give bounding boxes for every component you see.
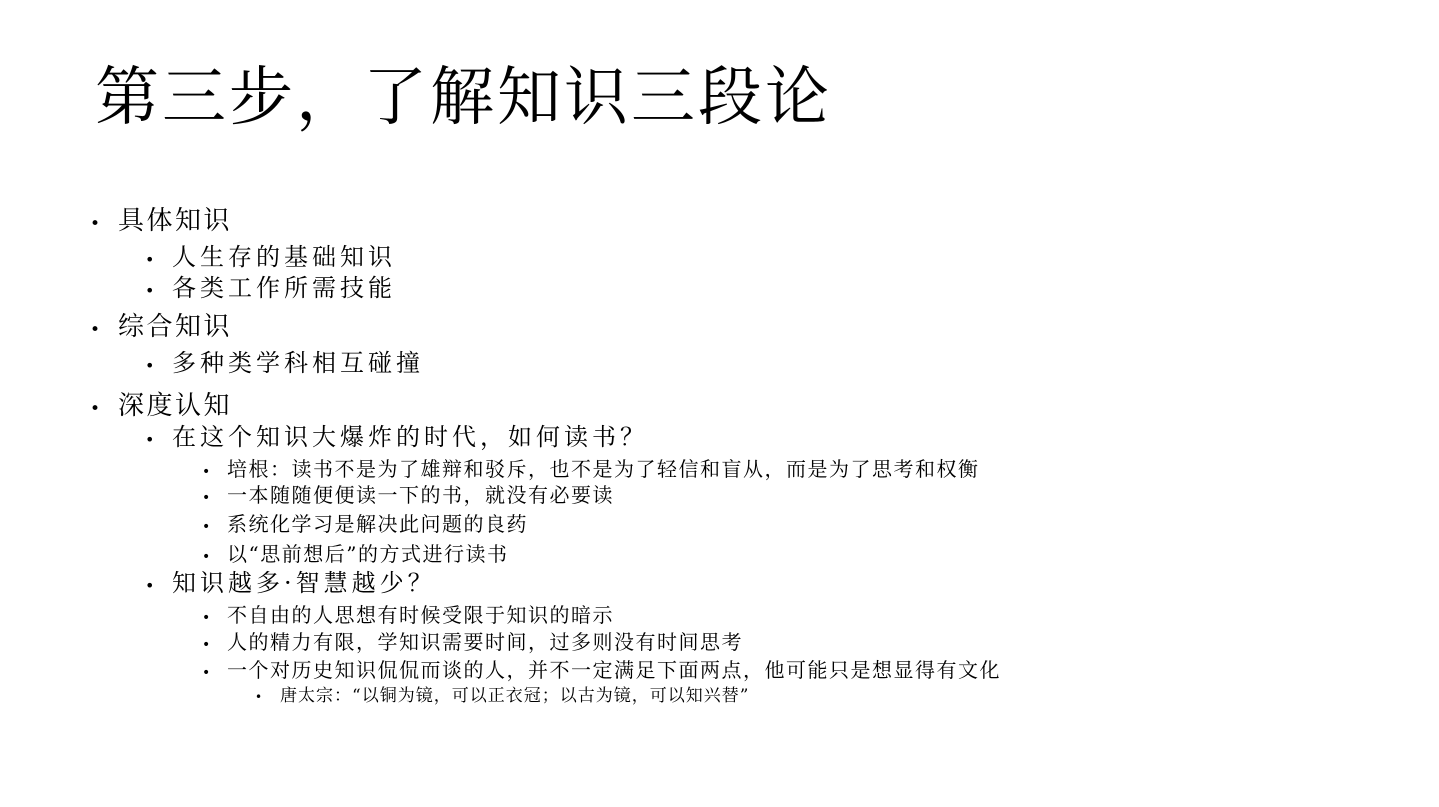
bullet-icon: • xyxy=(255,690,280,704)
list-item: • 在这个知识大爆炸的时代，如何读书？ xyxy=(145,423,648,452)
slide-title: 第三步，了解知识三段论 xyxy=(95,62,832,136)
bullet-icon: • xyxy=(90,320,118,340)
bullet-icon: • xyxy=(202,490,227,507)
list-item: • 人生存的基础知识 xyxy=(145,243,396,272)
bullet-icon: • xyxy=(202,665,227,682)
list-item-text: 培根：读书不是为了雄辩和驳斥，也不是为了轻信和盲从，而是为了思考和权衡 xyxy=(227,457,980,481)
list-item-text: 在这个知识大爆炸的时代，如何读书？ xyxy=(172,423,648,452)
list-item: • 知识越多·智慧越少？ xyxy=(145,569,436,598)
bullet-icon: • xyxy=(90,399,118,419)
list-item-text: 一本随随便便读一下的书，就没有必要读 xyxy=(227,483,614,507)
list-item-text: 深度认知 xyxy=(118,391,232,422)
list-item-text: 不自由的人思想有时候受限于知识的暗示 xyxy=(227,603,614,627)
list-item: • 一个对历史知识侃侃而谈的人，并不一定满足下面两点，他可能只是想显得有文化 xyxy=(202,658,1001,682)
list-item: • 人的精力有限，学知识需要时间，过多则没有时间思考 xyxy=(202,630,743,654)
bullet-icon: • xyxy=(145,356,172,375)
list-item: • 不自由的人思想有时候受限于知识的暗示 xyxy=(202,603,614,627)
list-item-text: 一个对历史知识侃侃而谈的人，并不一定满足下面两点，他可能只是想显得有文化 xyxy=(227,658,1001,682)
bullet-icon: • xyxy=(145,250,172,269)
list-item: • 综合知识 xyxy=(90,312,232,343)
list-item-text: 人的精力有限，学知识需要时间，过多则没有时间思考 xyxy=(227,630,743,654)
list-item: • 多种类学科相互碰撞 xyxy=(145,349,424,378)
bullet-icon: • xyxy=(202,549,227,566)
list-item-text: 系统化学习是解决此问题的良药 xyxy=(227,512,528,536)
bullet-icon: • xyxy=(202,637,227,654)
list-item: • 以“思前想后”的方式进行读书 xyxy=(202,542,508,566)
list-item-text: 以“思前想后”的方式进行读书 xyxy=(227,542,508,566)
list-item-text: 人生存的基础知识 xyxy=(172,243,396,272)
bullet-icon: • xyxy=(202,519,227,536)
bullet-icon: • xyxy=(90,214,118,234)
list-item-text: 知识越多·智慧越少？ xyxy=(172,569,436,598)
list-item-text: 具体知识 xyxy=(118,206,232,237)
list-item: • 深度认知 xyxy=(90,391,232,422)
bullet-icon: • xyxy=(145,281,172,300)
list-item-text: 综合知识 xyxy=(118,312,232,343)
bullet-icon: • xyxy=(202,610,227,627)
presentation-slide: 第三步，了解知识三段论 • 具体知识 • 人生存的基础知识 • 各类工作所需技能… xyxy=(0,0,1439,807)
list-item: • 各类工作所需技能 xyxy=(145,274,396,303)
bullet-icon: • xyxy=(202,464,227,481)
list-item-text: 各类工作所需技能 xyxy=(172,274,396,303)
bullet-icon: • xyxy=(145,430,172,449)
list-item: • 一本随随便便读一下的书，就没有必要读 xyxy=(202,483,614,507)
list-item: • 系统化学习是解决此问题的良药 xyxy=(202,512,528,536)
list-item: • 具体知识 xyxy=(90,206,232,237)
list-item-text: 唐太宗：“以铜为镜，可以正衣冠；以古为镜，可以知兴替” xyxy=(280,686,749,706)
list-item-text: 多种类学科相互碰撞 xyxy=(172,349,424,378)
bullet-icon: • xyxy=(145,576,172,595)
list-item: • 唐太宗：“以铜为镜，可以正衣冠；以古为镜，可以知兴替” xyxy=(255,686,749,706)
list-item: • 培根：读书不是为了雄辩和驳斥，也不是为了轻信和盲从，而是为了思考和权衡 xyxy=(202,457,980,481)
